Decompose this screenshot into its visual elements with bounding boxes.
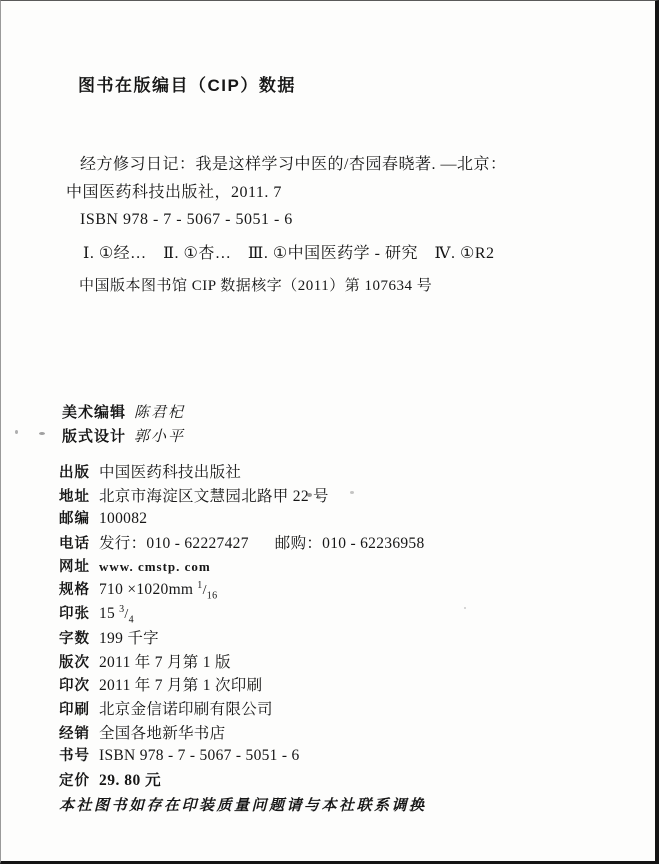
pub-value-address: 北京市海淀区文慧园北路甲 22 号	[99, 484, 329, 506]
pub-label-website: 网址	[59, 555, 99, 576]
pub-value-website: www. cmstp. com	[99, 559, 211, 575]
pub-value-edition: 2011 年 7 月第 1 版	[99, 650, 231, 672]
cip-entry-line-2: 中国医药科技出版社，2011. 7	[66, 179, 506, 207]
credit-label-layout-designer: 版式设计	[62, 425, 134, 446]
pub-value-distributor: 全国各地新华书店	[99, 721, 225, 743]
ink-speck	[15, 430, 18, 434]
credit-value-layout-designer: 郭小平	[134, 425, 185, 446]
pub-row-printer: 印刷 北京金信诺印刷有限公司	[59, 697, 425, 721]
pub-label-isbn: 书号	[59, 744, 99, 765]
format-fraction-denominator: 16	[207, 591, 218, 602]
pub-row-format: 规格 710 ×1020mm1/16	[59, 578, 425, 602]
pub-row-postcode: 邮编 100082	[59, 507, 425, 531]
sheets-whole-number: 15	[99, 605, 115, 622]
pub-value-wordcount: 199 千字	[99, 626, 159, 648]
pub-value-price: 29. 80 元	[99, 768, 161, 790]
pub-value-isbn: ISBN 978 - 7 - 5067 - 5051 - 6	[99, 747, 300, 765]
pub-value-postcode: 100082	[99, 510, 147, 528]
credit-label-art-editor: 美术编辑	[62, 401, 134, 422]
format-dimensions: 710 ×1020mm	[99, 581, 193, 598]
pub-label-printer: 印刷	[59, 698, 99, 719]
pub-label-wordcount: 字数	[59, 627, 99, 648]
pub-row-website: 网址 www. cmstp. com	[59, 555, 425, 579]
cip-bibliographic-entry: 经方修习日记：我是这样学习中医的/杏园春晓著. —北京： 中国医药科技出版社，2…	[66, 151, 506, 234]
cip-entry-isbn: ISBN 978 - 7 - 5067 - 5051 - 6	[66, 206, 506, 234]
cip-entry-line-1: 经方修习日记：我是这样学习中医的/杏园春晓著. —北京：	[66, 151, 506, 179]
pub-row-impression: 印次 2011 年 7 月第 1 次印刷	[59, 673, 425, 697]
ink-speck	[464, 607, 466, 609]
pub-row-address: 地址 北京市海淀区文慧园北路甲 22 号	[59, 484, 425, 508]
publication-info-block: 出版 中国医药科技出版社 地址 北京市海淀区文慧园北路甲 22 号 邮编 100…	[59, 460, 425, 792]
credit-row-layout-designer: 版式设计 郭小平	[62, 425, 185, 449]
credit-row-art-editor: 美术编辑 陈君杞	[62, 401, 185, 425]
book-copyright-page: 图书在版编目（CIP）数据 经方修习日记：我是这样学习中医的/杏园春晓著. —北…	[0, 0, 659, 864]
cip-record-number: 中国版本图书馆 CIP 数据核字（2011）第 107634 号	[79, 274, 432, 295]
pub-row-isbn: 书号 ISBN 978 - 7 - 5067 - 5051 - 6	[59, 744, 425, 768]
pub-label-format: 规格	[59, 578, 99, 599]
pub-label-price: 定价	[59, 769, 99, 790]
pub-label-edition: 版次	[59, 651, 99, 672]
pub-label-telephone: 电话	[59, 532, 99, 553]
ink-speck	[350, 491, 354, 494]
pub-row-wordcount: 字数 199 千字	[59, 626, 425, 650]
sheets-fraction-denominator: 4	[129, 614, 134, 625]
ink-speck	[307, 493, 312, 497]
pub-label-postcode: 邮编	[59, 507, 99, 528]
pub-row-distributor: 经销 全国各地新华书店	[59, 721, 425, 745]
pub-row-sheets: 印张 153/4	[59, 602, 425, 626]
pub-value-format: 710 ×1020mm1/16	[99, 580, 217, 601]
pub-value-telephone-mailorder: 邮购：010 - 62236958	[275, 531, 425, 553]
pub-value-impression: 2011 年 7 月第 1 次印刷	[99, 673, 262, 695]
pub-row-price: 定价 29. 80 元	[59, 768, 425, 792]
credit-value-art-editor: 陈君杞	[134, 401, 185, 422]
pub-label-sheets: 印张	[59, 602, 99, 623]
pub-label-distributor: 经销	[59, 722, 99, 743]
pub-value-publisher: 中国医药科技出版社	[99, 460, 241, 482]
pub-value-printer: 北京金信诺印刷有限公司	[99, 697, 273, 719]
cip-header-title: 图书在版编目（CIP）数据	[78, 71, 296, 96]
pub-row-publisher: 出版 中国医药科技出版社	[59, 460, 425, 484]
pub-row-telephone: 电话 发行：010 - 62227427 邮购：010 - 62236958	[59, 531, 425, 555]
pub-value-sheets: 153/4	[99, 604, 134, 625]
ink-speck	[39, 432, 45, 435]
cip-classification-line: Ⅰ. ①经… Ⅱ. ①杏… Ⅲ. ①中国医药学 - 研究 Ⅳ. ①R2	[83, 240, 495, 263]
ink-speck	[317, 496, 321, 499]
credits-block: 美术编辑 陈君杞 版式设计 郭小平	[62, 401, 185, 449]
pub-label-publisher: 出版	[59, 461, 99, 482]
pub-label-address: 地址	[59, 485, 99, 506]
quality-exchange-note: 本社图书如存在印装质量问题请与本社联系调换	[59, 794, 427, 815]
pub-row-edition: 版次 2011 年 7 月第 1 版	[59, 650, 425, 674]
pub-value-telephone-distribution: 发行：010 - 62227427	[99, 531, 249, 553]
pub-label-impression: 印次	[59, 674, 99, 695]
